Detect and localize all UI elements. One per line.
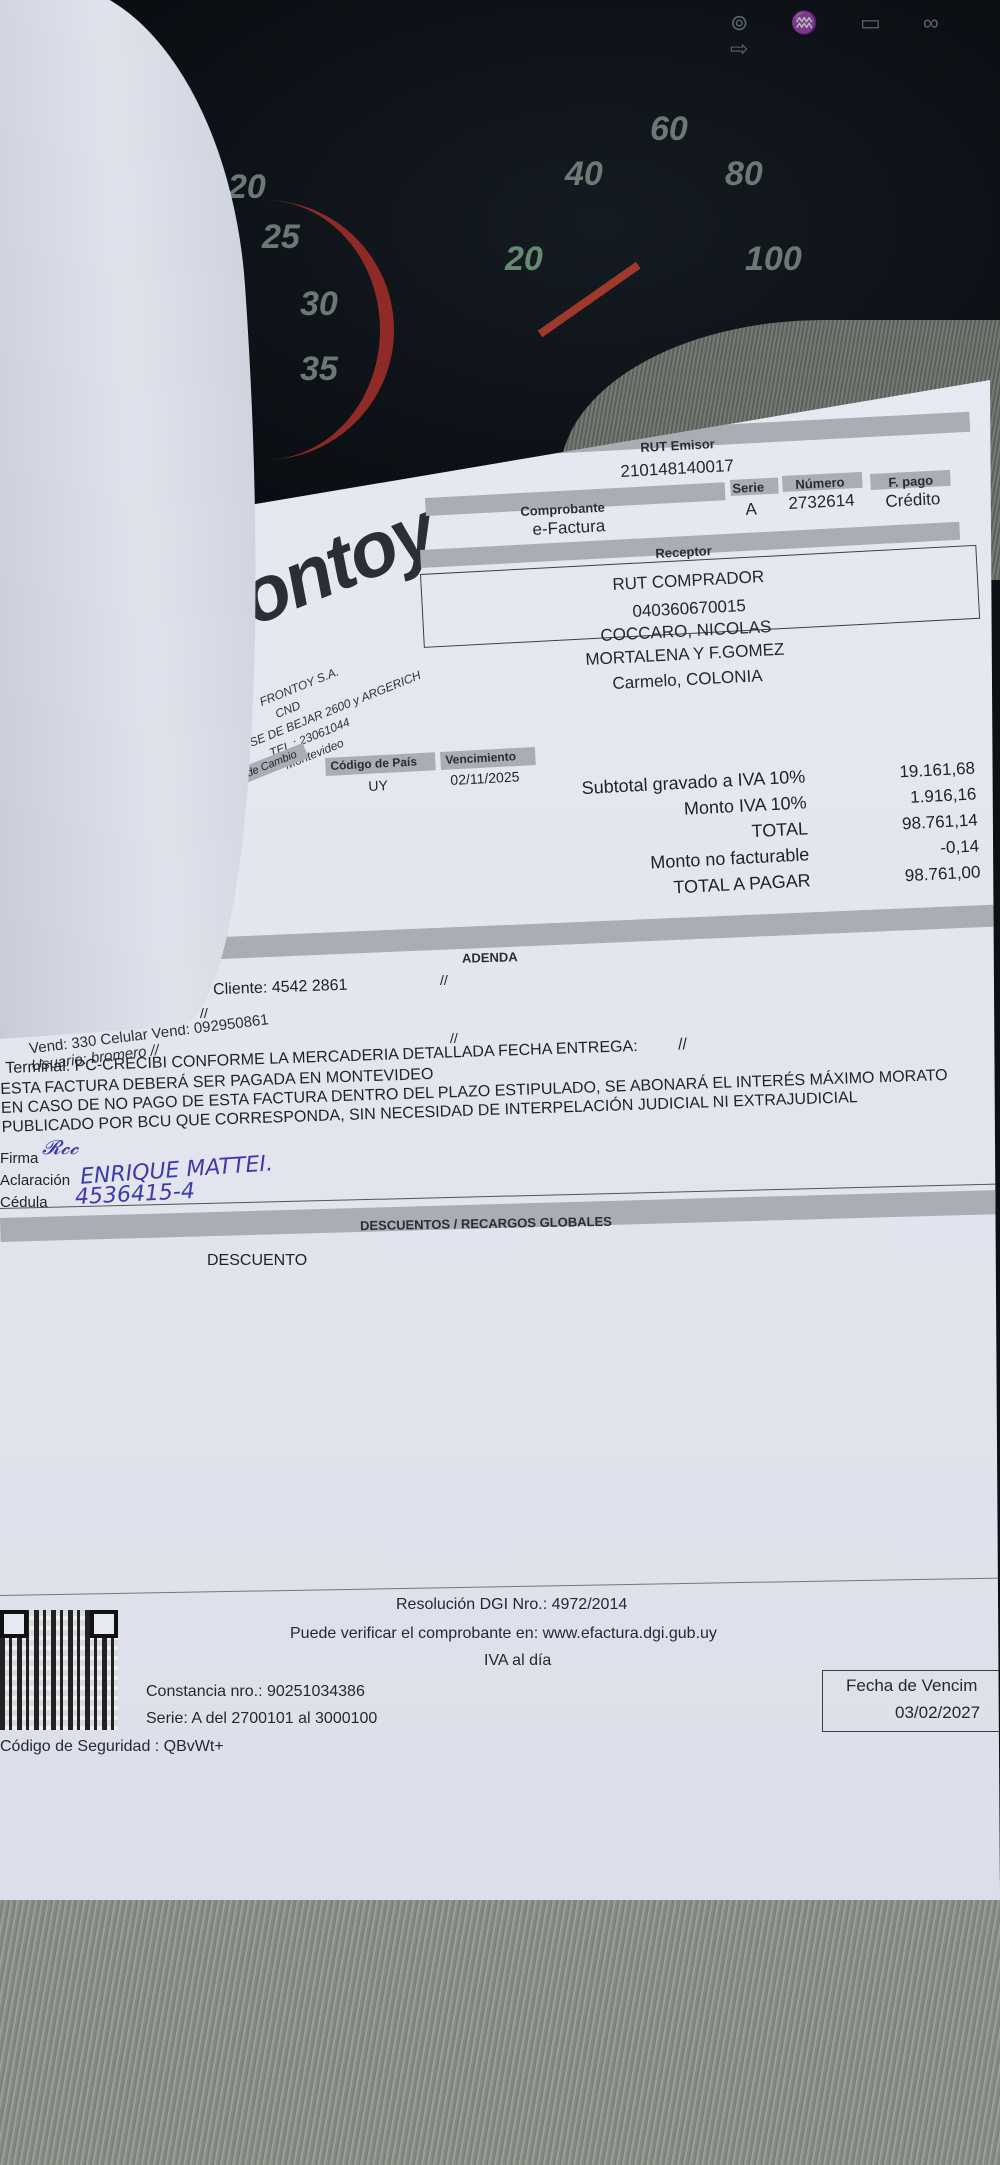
receptor-city: Carmelo, COLONIA <box>612 666 763 694</box>
totals-value: -0,14 <box>849 836 980 863</box>
iva-al-dia: IVA al día <box>484 1652 551 1670</box>
speed-label: 100 <box>745 240 802 279</box>
resolucion-dgi: Resolución DGI Nro.: 4972/2014 <box>396 1596 627 1614</box>
meta-value-vencimiento: 02/11/2025 <box>450 768 520 788</box>
fecha-vencimiento-value: 03/02/2027 <box>895 1703 980 1723</box>
handwritten-signature: 𝓡𝓬𝓬 <box>42 1135 78 1159</box>
speed-label: 60 <box>650 110 688 149</box>
fpago-value: Crédito <box>885 489 941 512</box>
rut-emisor-value: 210148140017 <box>620 456 734 482</box>
adenda-separator: // <box>440 972 448 988</box>
totals-value: 19.161,68 <box>845 758 976 785</box>
fpago-label: F. pago <box>888 473 934 490</box>
qr-code <box>0 1610 118 1730</box>
serie-value: A <box>745 499 757 520</box>
speed-label: 40 <box>565 155 603 194</box>
aclaracion-label: Aclaración <box>0 1170 70 1192</box>
speed-label: 80 <box>725 155 763 194</box>
numero-value: 2732614 <box>788 491 855 514</box>
fecha-vencimiento-label: Fecha de Vencim <box>846 1676 977 1696</box>
adenda-title: ADENDA <box>462 949 518 965</box>
serie-label: Serie <box>732 479 765 496</box>
speedometer-needle <box>538 262 641 337</box>
speed-label: 20 <box>505 240 543 279</box>
adenda-separator: // <box>642 1036 687 1055</box>
cedula-label: Cédula <box>0 1192 70 1214</box>
verify-text: Puede verificar el comprobante en: www.e… <box>290 1625 717 1643</box>
fabric-background <box>0 1880 1000 2165</box>
serie-range: Serie: A del 2700101 al 3000100 <box>146 1710 377 1728</box>
codigo-seguridad: Código de Seguridad : QBvWt+ <box>0 1738 224 1756</box>
constancia: Constancia nro.: 90251034386 <box>146 1683 365 1701</box>
footer-divider <box>0 1578 1000 1596</box>
discount-item: DESCUENTO <box>207 1252 307 1270</box>
discounts-title: DESCUENTOS / RECARGOS GLOBALES <box>360 1214 612 1233</box>
totals-value: 98.761,00 <box>850 862 981 889</box>
rut-emisor-label: RUT Emisor <box>640 436 715 455</box>
dashboard-warning-icons: ⊚ ♒ ▭ ∞ ⇨ <box>730 10 1000 62</box>
numero-label: Número <box>795 474 845 492</box>
tachometer-redline <box>230 200 394 460</box>
totals-value: 1.916,16 <box>846 784 977 811</box>
totals-value: 98.761,14 <box>847 810 978 837</box>
comprobante-value: e-Factura <box>532 516 606 540</box>
totals-block: Subtotal gravado a IVA 10% 19.161,68 Mon… <box>545 757 981 909</box>
meta-value-pais: UY <box>368 777 388 794</box>
